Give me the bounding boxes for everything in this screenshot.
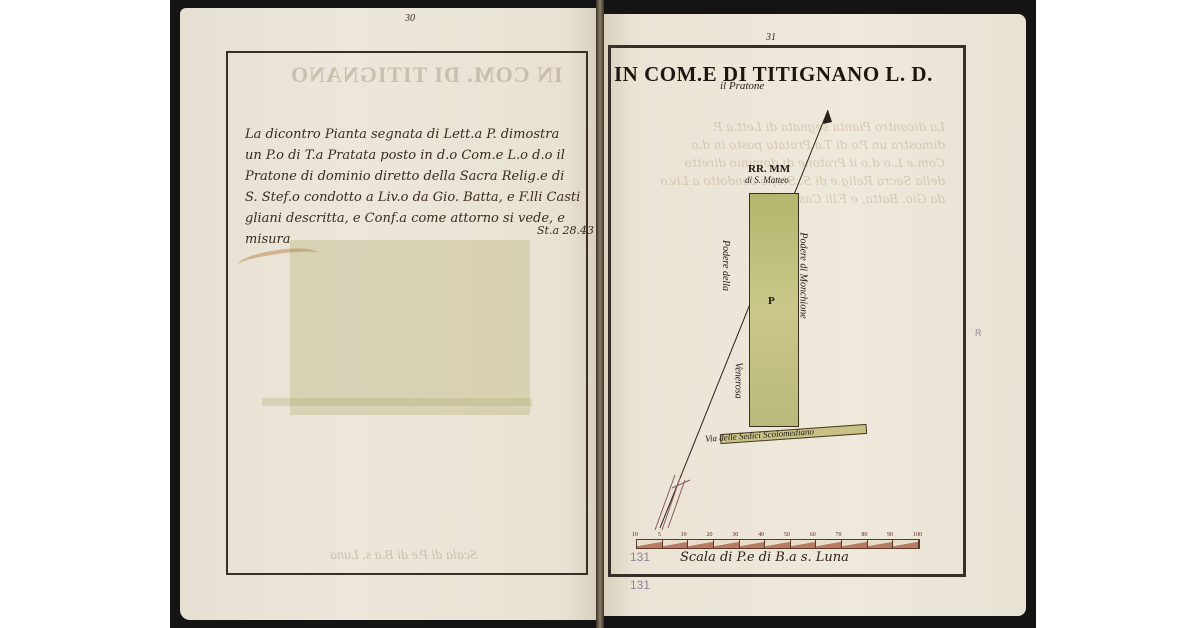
north-arrow-icon <box>0 0 1200 628</box>
pencil-note: 131 <box>630 550 650 564</box>
parcel-letter: P <box>768 295 775 307</box>
scale-bar <box>636 539 920 549</box>
pencil-note: 131 <box>630 578 650 592</box>
parcel-p <box>749 193 799 427</box>
scale-label: Scala di P.e di B.a s. Luna <box>680 550 849 565</box>
pencil-note: R <box>975 328 982 338</box>
scale-ticks: 105102030405060708090100 <box>632 532 922 538</box>
owner-sublabel: di S. Matteo <box>745 175 789 185</box>
owner-label: RR. MM <box>748 163 790 175</box>
left-boundary-label: Podere della <box>720 240 731 291</box>
right-boundary-label: Podere di Monchione <box>798 232 809 318</box>
left-boundary-label-2: Venerosa <box>733 362 744 398</box>
